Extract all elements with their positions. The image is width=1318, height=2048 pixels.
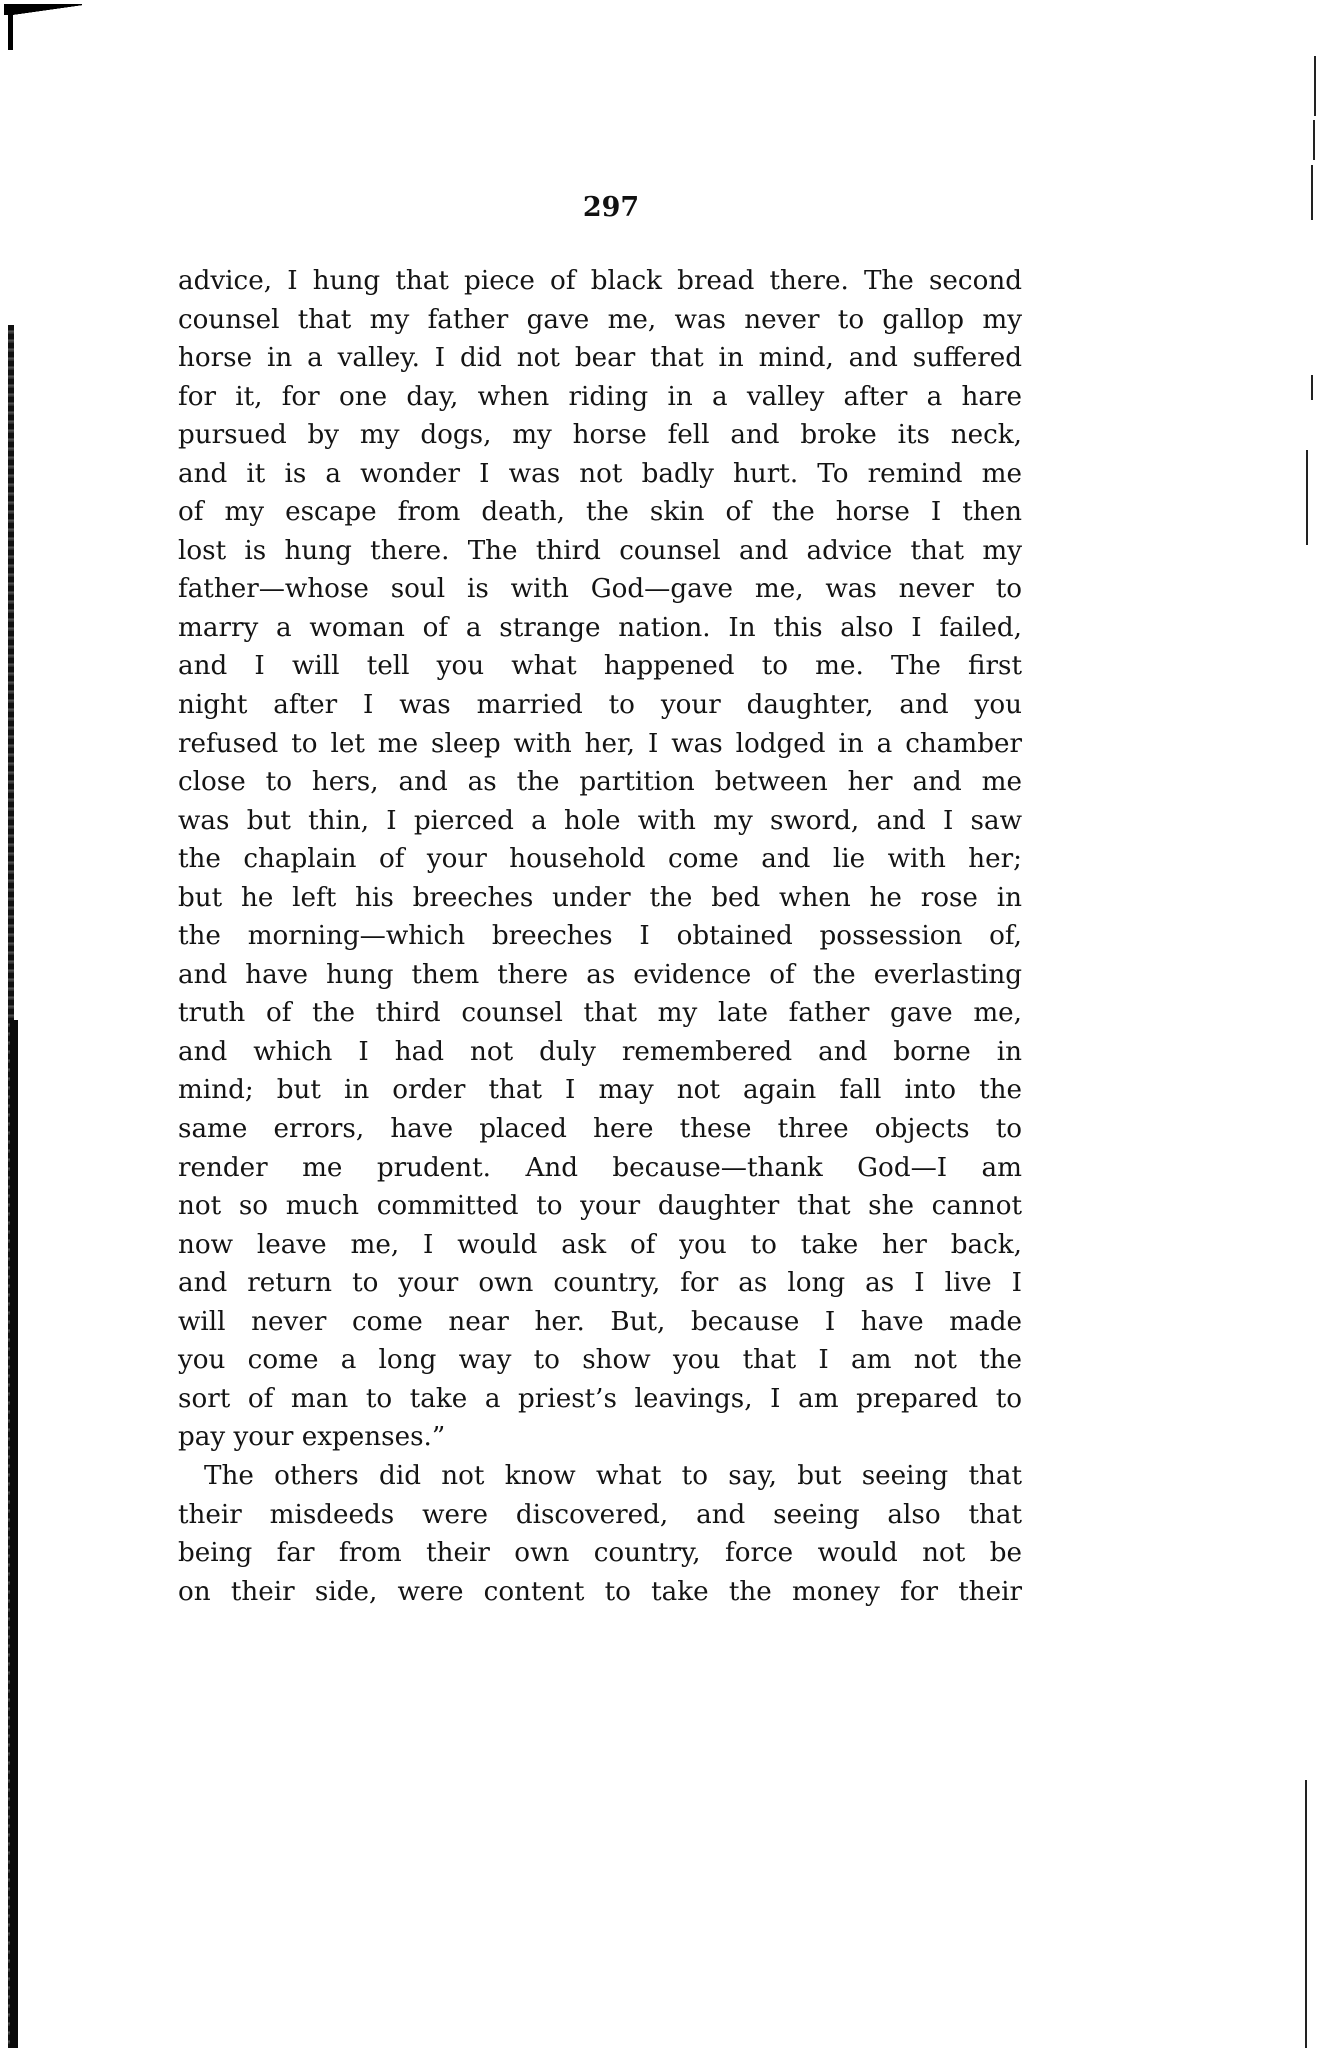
text-line: pursued by my dogs, my horse fell and br… [178,416,1022,455]
text-line: being far from their own country, force … [178,1534,1022,1573]
page-number: 297 [0,192,1222,223]
text-line: advice, I hung that piece of black bread… [178,262,1022,301]
paragraph: The others did not know what to say, but… [178,1457,1022,1611]
text-line: of my escape from death, the skin of the… [178,493,1022,532]
text-line: night after I was married to your daught… [178,686,1022,725]
text-line: not so much committed to your daughter t… [178,1187,1022,1226]
text-line: you come a long way to show you that I a… [178,1341,1022,1380]
text-line: truth of the third counsel that my late … [178,994,1022,1033]
text-line: pay your expenses.” [178,1418,1022,1457]
text-line: sort of man to take a priest’s leavings,… [178,1380,1022,1419]
text-line: father—whose soul is with God—gave me, w… [178,570,1022,609]
scan-right-edge-mark [1313,120,1315,160]
text-line: marry a woman of a strange nation. In th… [178,609,1022,648]
text-line: but he left his breeches under the bed w… [178,879,1022,918]
text-line: and have hung them there as evidence of … [178,956,1022,995]
text-line: and I will tell you what happened to me.… [178,647,1022,686]
text-line: for it, for one day, when riding in a va… [178,378,1022,417]
text-line: and it is a wonder I was not badly hurt.… [178,455,1022,494]
scan-corner-artifact [4,4,82,15]
text-line: now leave me, I would ask of you to take… [178,1226,1022,1265]
scan-right-edge-mark [1311,375,1313,400]
text-line: horse in a valley. I did not bear that i… [178,339,1022,378]
scan-right-edge-mark [1305,1780,1307,2048]
paragraph: advice, I hung that piece of black bread… [178,262,1022,1457]
text-line: counsel that my father gave me, was neve… [178,301,1022,340]
scan-right-edge-mark [1306,450,1308,545]
text-line: and which I had not duly remembered and … [178,1033,1022,1072]
text-line: The others did not know what to say, but… [178,1457,1022,1496]
scan-binding-edge-lower [10,1020,18,2048]
text-line: same errors, have placed here these thre… [178,1110,1022,1149]
text-line: their misdeeds were discovered, and seei… [178,1496,1022,1535]
text-line: was but thin, I pierced a hole with my s… [178,802,1022,841]
scan-corner-artifact-stem [8,8,13,50]
text-line: render me prudent. And because—thank God… [178,1149,1022,1188]
text-line: close to hers, and as the partition betw… [178,763,1022,802]
text-line: refused to let me sleep with her, I was … [178,725,1022,764]
text-line: on their side, were content to take the … [178,1573,1022,1612]
scan-right-edge-mark [1314,56,1316,116]
body-text: advice, I hung that piece of black bread… [178,262,1022,1611]
scanned-book-page: 297 advice, I hung that piece of black b… [0,0,1318,2048]
text-line: mind; but in order that I may not again … [178,1071,1022,1110]
scan-right-edge-mark [1311,165,1313,220]
text-line: and return to your own country, for as l… [178,1264,1022,1303]
text-line: the chaplain of your household come and … [178,840,1022,879]
text-line: will never come near her. But, because I… [178,1303,1022,1342]
text-line: the morning—which breeches I obtained po… [178,917,1022,956]
text-line: lost is hung there. The third counsel an… [178,532,1022,571]
